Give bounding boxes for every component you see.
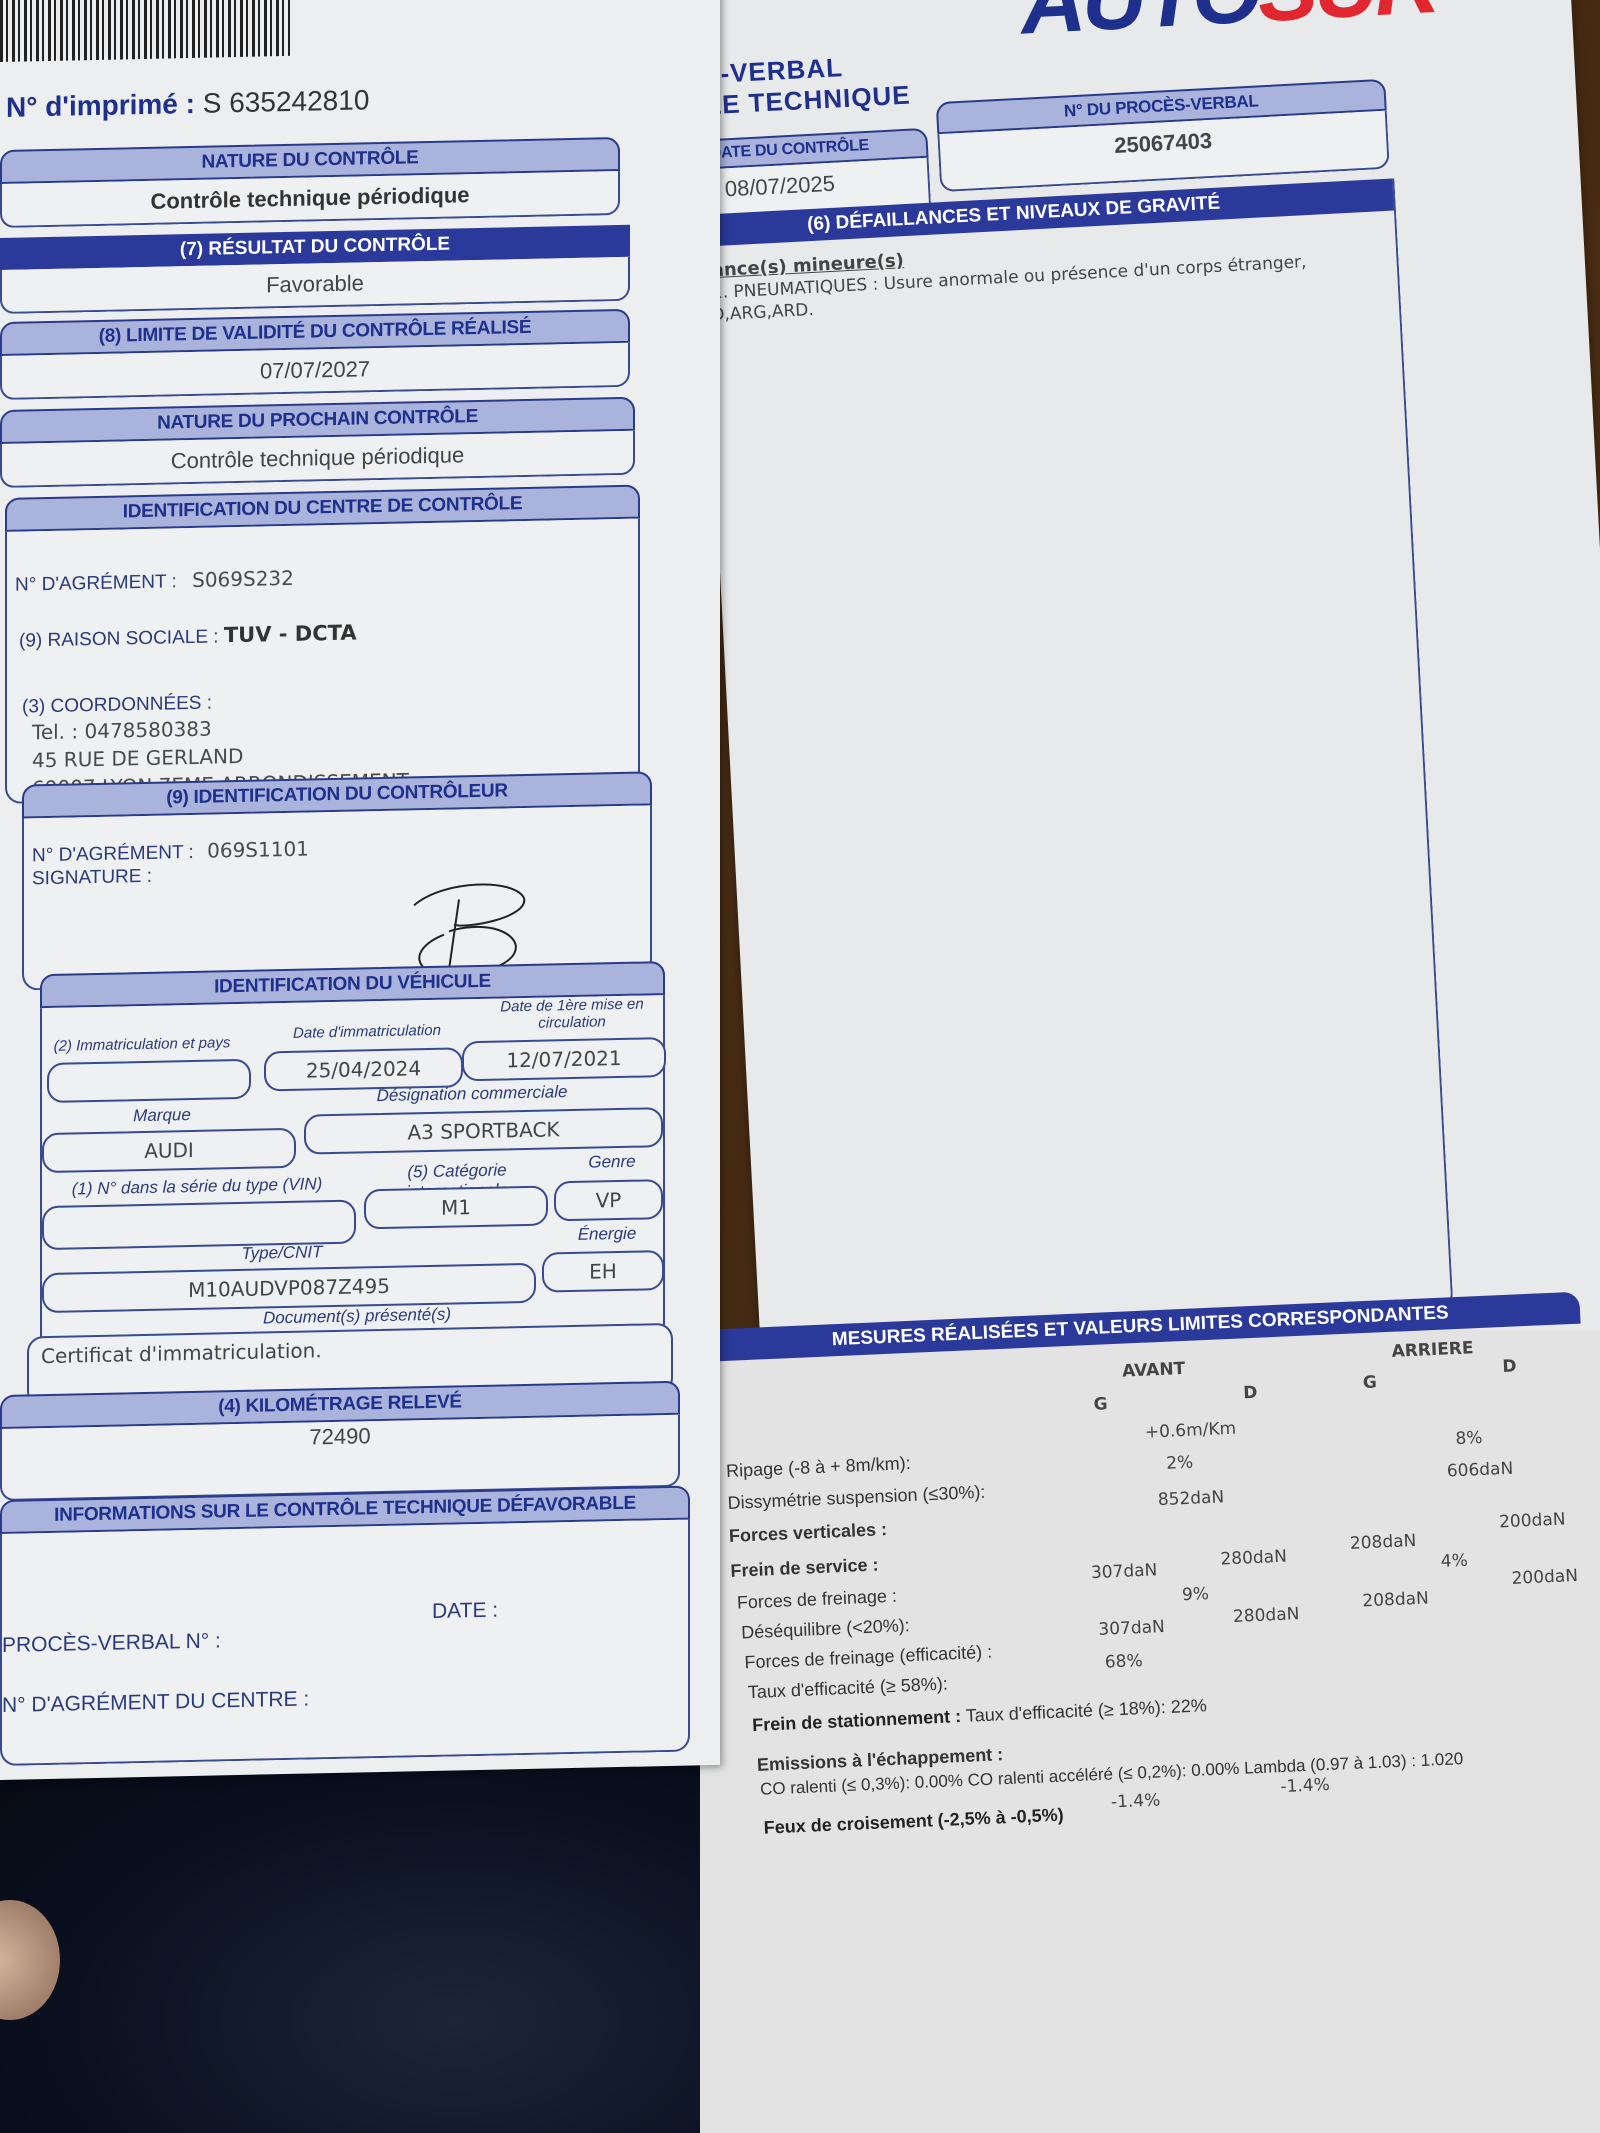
col-arriere: ARRIERE (1391, 1338, 1474, 1362)
forces-efficacite-ard: 200daN (1511, 1566, 1578, 1589)
vehicule: IDENTIFICATION DU VÉHICULE (2) Immatricu… (40, 961, 665, 1405)
signature-label: SIGNATURE : (32, 866, 152, 891)
forces-freinage-avg: 307daN (1091, 1560, 1158, 1583)
ripage-value: +0.6m/Km (1144, 1419, 1236, 1443)
background-jeans (0, 1760, 760, 2133)
col-arriere-g: G (1363, 1373, 1378, 1394)
centre-agrement-label: N° D'AGRÉMENT : (15, 571, 177, 595)
marque-field: AUDI (42, 1128, 296, 1173)
measures-page: MESURES RÉALISÉES ET VALEURS LIMITES COR… (700, 1330, 1600, 2133)
forces-freinage-arg: 208daN (1350, 1531, 1417, 1554)
energie-field: EH (542, 1250, 664, 1293)
col-avant-g: G (1093, 1394, 1108, 1415)
genre-label: Genre (567, 1151, 657, 1173)
controleur-agrement-value: 069S1101 (207, 837, 309, 863)
controleur-agrement-label: N° D'AGRÉMENT : (32, 842, 194, 866)
designation-label: Désignation commerciale (342, 1081, 602, 1106)
form-number-label: N° d'imprimé : (6, 88, 195, 123)
frein-stationnement-value: Taux d'efficacité (≥ 18%): 22% (965, 1695, 1207, 1725)
date-mise-circ-label: Date de 1ère mise en circulation (492, 995, 652, 1032)
ripage-label: Ripage (-8 à + 8m/km): (726, 1453, 911, 1482)
date-mise-circ-field: 12/07/2021 (462, 1037, 666, 1081)
form-number-value: S 635242810 (203, 84, 370, 118)
defavorable-pv-label: PROCÈS-VERBAL N° : (2, 1629, 221, 1658)
documents-label: Document(s) présenté(s) (242, 1304, 472, 1329)
barcode (0, 0, 290, 62)
forces-verticales-label: Forces verticales : (729, 1519, 888, 1547)
desequilibre-avant: 9% (1182, 1584, 1210, 1605)
forces-efficacite-avd: 280daN (1233, 1604, 1300, 1627)
defavorable-date-label: DATE : (432, 1599, 498, 1624)
defavorable-agrement-label: N° D'AGRÉMENT DU CENTRE : (2, 1688, 309, 1718)
immat-label: (2) Immatriculation et pays (42, 1034, 242, 1055)
forces-freinage-ard: 200daN (1499, 1509, 1566, 1532)
forces-efficacite-label: Forces de freinage (efficacité) : (744, 1642, 992, 1674)
dissymetrie-label: Dissymétrie suspension (≤30%): (727, 1482, 986, 1514)
feux-label: Feux de croisement (-2,5% à -0,5%) (763, 1805, 1064, 1838)
raison-sociale-label: (9) RAISON SOCIALE : (19, 626, 219, 651)
logo-auto: AUTO (1018, 0, 1260, 54)
taux-efficacite-label: Taux d'efficacité (≥ 58%): (747, 1674, 948, 1704)
feux-droit: -1.4% (1280, 1775, 1330, 1797)
limite-validite: (8) LIMITE DE VALIDITÉ DU CONTRÔLE RÉALI… (0, 309, 630, 400)
energie-label: Énergie (562, 1223, 652, 1245)
desequilibre-arriere: 4% (1440, 1551, 1468, 1572)
col-avant-d: D (1243, 1383, 1258, 1404)
feux-gauche: -1.4% (1111, 1790, 1161, 1812)
kilometrage: (4) KILOMÉTRAGE RELEVÉ 72490 (0, 1381, 680, 1501)
centre-controle: IDENTIFICATION DU CENTRE DE CONTRÔLE N° … (5, 485, 640, 804)
nature-controle: NATURE DU CONTRÔLE Contrôle technique pé… (0, 137, 620, 228)
categorie-field: M1 (364, 1186, 548, 1230)
dissymetrie-avant: 2% (1166, 1453, 1194, 1474)
frein-service-label: Frein de service : (730, 1554, 879, 1581)
prochain-controle: NATURE DU PROCHAIN CONTRÔLE Contrôle tec… (0, 397, 635, 488)
forces-freinage-avd: 280daN (1220, 1547, 1287, 1570)
frein-stationnement-label: Frein de stationnement : (752, 1706, 962, 1735)
marque-label: Marque (102, 1104, 222, 1127)
controleur: (9) IDENTIFICATION DU CONTRÔLEUR N° D'AG… (22, 771, 652, 990)
desequilibre-label: Déséquilibre (<20%): (741, 1615, 910, 1643)
autosur-logo: AUTOSUR (1018, 0, 1438, 56)
immat-field (47, 1059, 251, 1103)
raison-sociale-value: TUV - DCTA (224, 621, 357, 648)
date-immat-label: Date d'immatriculation (267, 1021, 467, 1042)
col-avant: AVANT (1122, 1359, 1186, 1382)
form-number: N° d'imprimé : S 635242810 (6, 84, 369, 124)
left-page: N° d'imprimé : S 635242810 NATURE DU CON… (0, 0, 720, 1780)
forces-freinage-label: Forces de freinage : (736, 1586, 897, 1614)
forces-efficacite-avg: 307daN (1098, 1617, 1165, 1640)
numero-pv: N° DU PROCÈS-VERBAL 25067403 (936, 79, 1390, 192)
vin-label: (1) N° dans la série du type (VIN) (42, 1174, 352, 1200)
genre-field: VP (554, 1179, 663, 1221)
dissymetrie-arriere: 8% (1455, 1428, 1483, 1449)
col-arriere-d: D (1502, 1356, 1517, 1377)
defaillances-panel: (6) DÉFAILLANCES ET NIVEAUX DE GRAVITÉ D… (631, 178, 1453, 1348)
taux-efficacite-value: 68% (1104, 1651, 1143, 1673)
measures-panel: MESURES RÉALISÉES ET VALEURS LIMITES COR… (700, 1292, 1600, 1922)
resultat: (7) RÉSULTAT DU CONTRÔLE Favorable (0, 225, 630, 314)
forces-verticales-avant: 852daN (1157, 1487, 1224, 1510)
centre-agrement-value: S069S232 (192, 566, 294, 592)
forces-efficacite-arg: 208daN (1362, 1588, 1429, 1611)
logo-sur: SUR (1255, 0, 1438, 41)
defavorable: INFORMATIONS SUR LE CONTRÔLE TECHNIQUE D… (0, 1486, 690, 1766)
type-label: Type/CNIT (222, 1242, 342, 1265)
designation-field: A3 SPORTBACK (304, 1107, 663, 1155)
forces-verticales-arriere: 606daN (1446, 1459, 1513, 1482)
